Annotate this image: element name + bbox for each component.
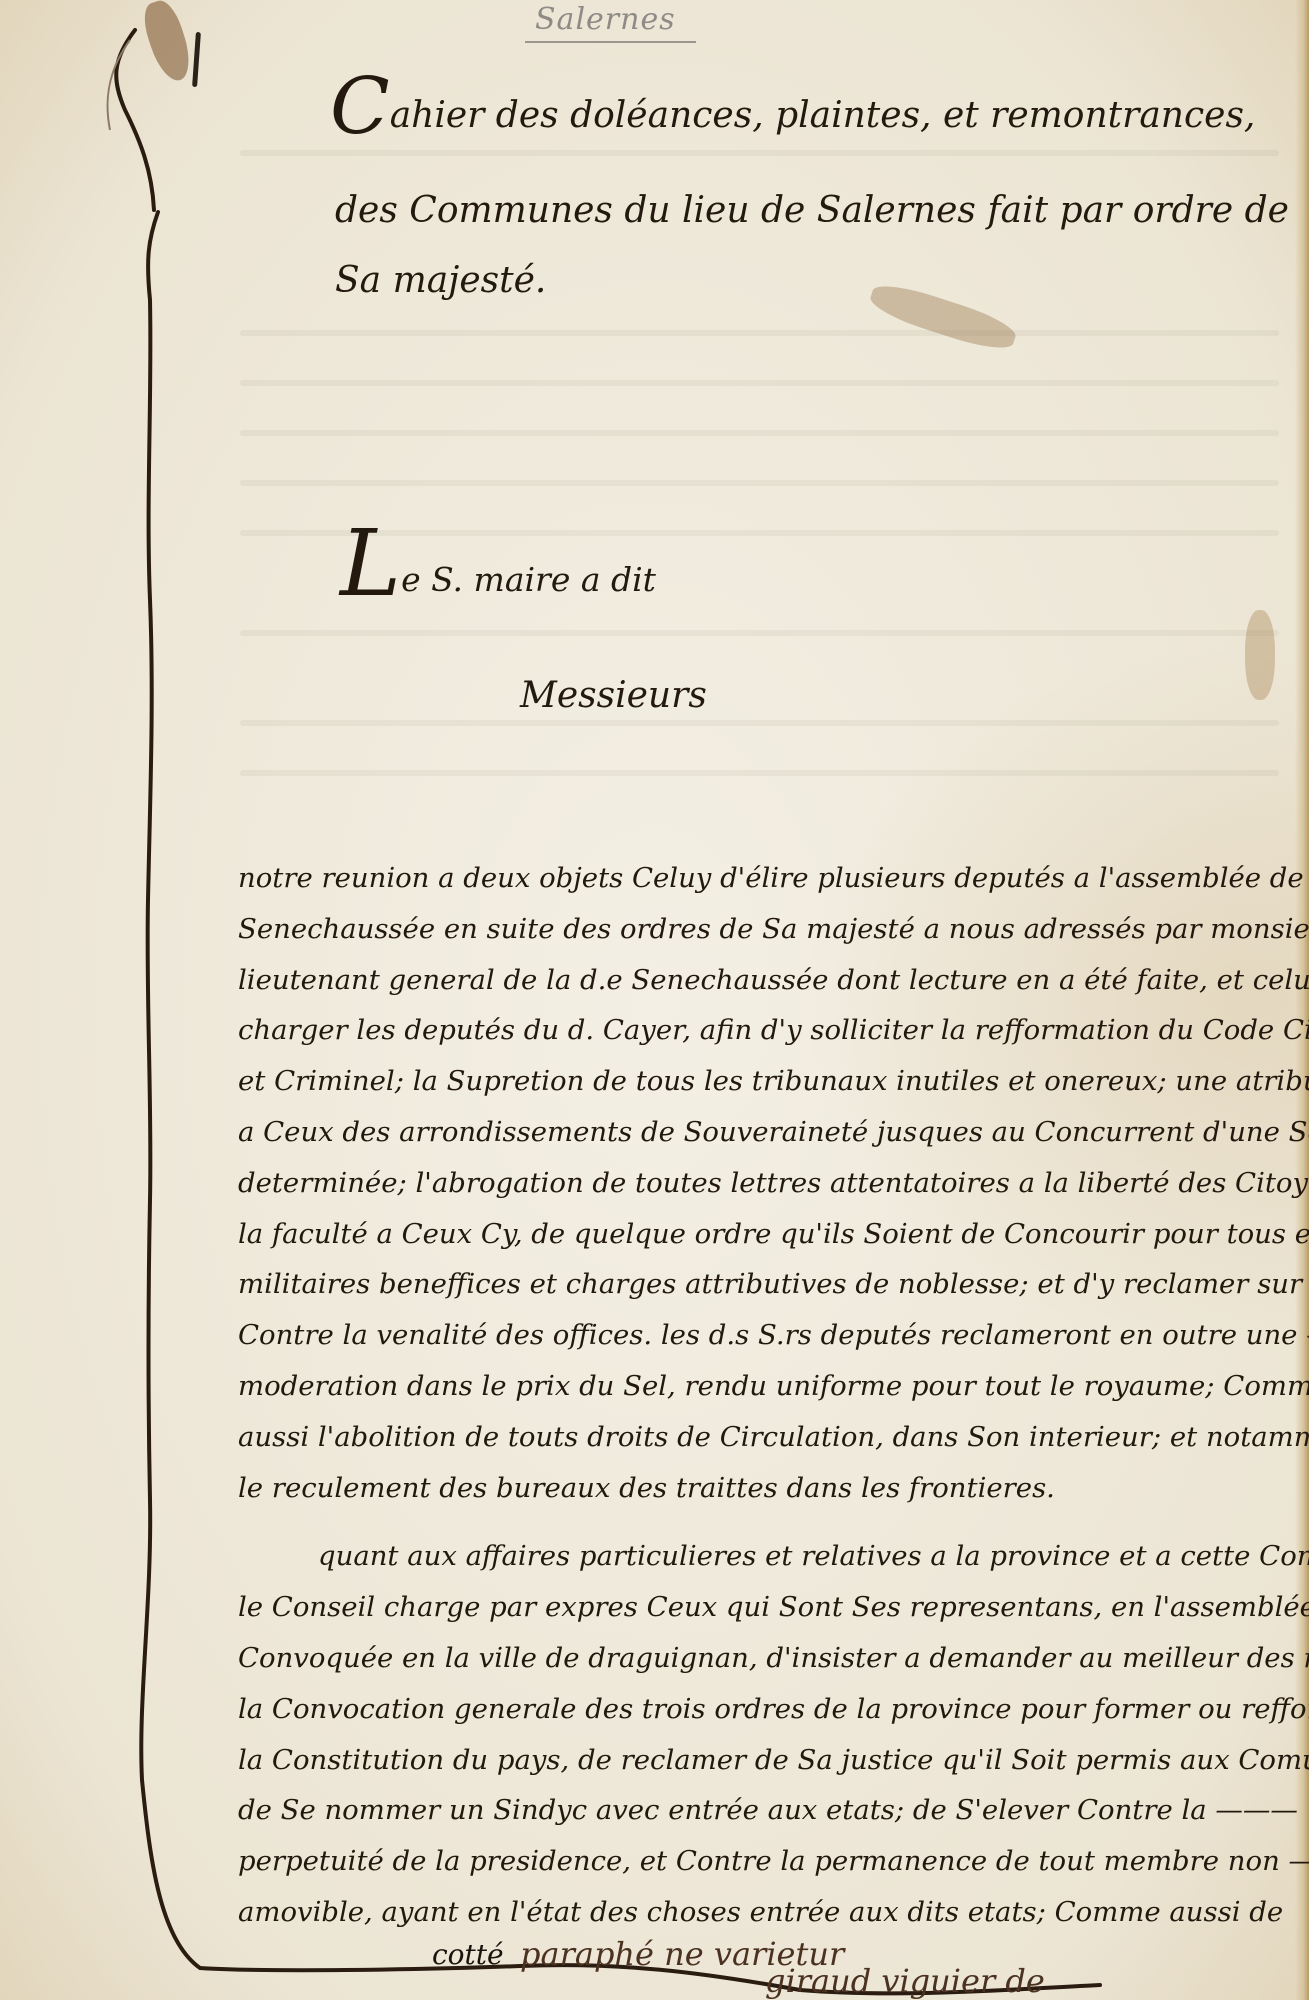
title-line-1-text: ahier des doléances, plaintes, et remont… <box>390 95 1256 136</box>
body-line: le reculement des bureaux des traittes d… <box>238 1472 1298 1523</box>
body-line: militaires beneffices et charges attribu… <box>238 1268 1298 1319</box>
speaker-line: Le S. maire a dit <box>340 560 656 599</box>
ink-smudge <box>866 278 1019 357</box>
body-line: a Ceux des arrondissements de Souveraine… <box>238 1116 1298 1167</box>
title-line-3: Sa majesté. <box>335 260 546 301</box>
body-line: perpetuité de la presidence, et Contre l… <box>238 1845 1298 1896</box>
bleed-through-line <box>240 330 1279 336</box>
body-line: Senechaussée en suite des ordres de Sa m… <box>238 913 1298 964</box>
body-line: Convoquée en la ville de draguignan, d'i… <box>238 1642 1298 1693</box>
body-line: de Se nommer un Sindyc avec entrée aux e… <box>238 1794 1298 1845</box>
bleed-through-line <box>240 430 1279 436</box>
body-line: la Convocation generale des trois ordres… <box>238 1693 1298 1744</box>
ink-tick-mark <box>192 32 201 87</box>
bleed-through-line <box>240 380 1279 386</box>
body-line: aussi l'abolition de touts droits de Cir… <box>238 1421 1298 1472</box>
title-initial-capital: C <box>330 62 390 152</box>
body-line: determinée; l'abrogation de toutes lettr… <box>238 1167 1298 1218</box>
viguier-signature: giraud viguier de <box>765 1962 1045 2000</box>
body-line-paragraph-2-start: quant aux affaires particulieres et rela… <box>238 1540 1298 1591</box>
ink-stain <box>138 0 197 85</box>
manuscript-page: Salernes Cahier des doléances, plaintes,… <box>0 0 1309 2000</box>
body-line: le Conseil charge par expres Ceux qui So… <box>238 1591 1298 1642</box>
speaker-initial-capital: L <box>340 510 401 617</box>
speaker-line-text: e S. maire a dit <box>401 560 656 599</box>
bleed-through-line <box>240 150 1279 156</box>
body-line: moderation dans le prix du Sel, rendu un… <box>238 1370 1298 1421</box>
bleed-through-line <box>240 720 1279 726</box>
body-line: la faculté a Ceux Cy, de quelque ordre q… <box>238 1218 1298 1269</box>
bleed-through-line <box>240 480 1279 486</box>
archive-pencil-annotation: Salernes <box>525 2 696 43</box>
title-line-1: Cahier des doléances, plaintes, et remon… <box>330 95 1255 136</box>
body-line: charger les deputés du d. Cayer, afin d'… <box>238 1014 1298 1065</box>
body-line: lieutenant general de la d.e Senechaussé… <box>238 964 1298 1015</box>
body-line: la Constitution du pays, de reclamer de … <box>238 1744 1298 1795</box>
salutation-messieurs: Messieurs <box>520 675 707 716</box>
body-paragraphs: notre reunion a deux objets Celuy d'élir… <box>238 862 1298 1947</box>
cote-mark: cotté <box>432 1938 504 1971</box>
bleed-through-line <box>240 770 1279 776</box>
body-line: Contre la venalité des offices. les d.s … <box>238 1319 1298 1370</box>
body-line: notre reunion a deux objets Celuy d'élir… <box>238 862 1298 913</box>
body-line: et Criminel; la Supretion de tous les tr… <box>238 1065 1298 1116</box>
bleed-through-line <box>240 630 1279 636</box>
title-line-2: des Communes du lieu de Salernes fait pa… <box>335 190 1289 231</box>
water-stain <box>1245 610 1275 700</box>
